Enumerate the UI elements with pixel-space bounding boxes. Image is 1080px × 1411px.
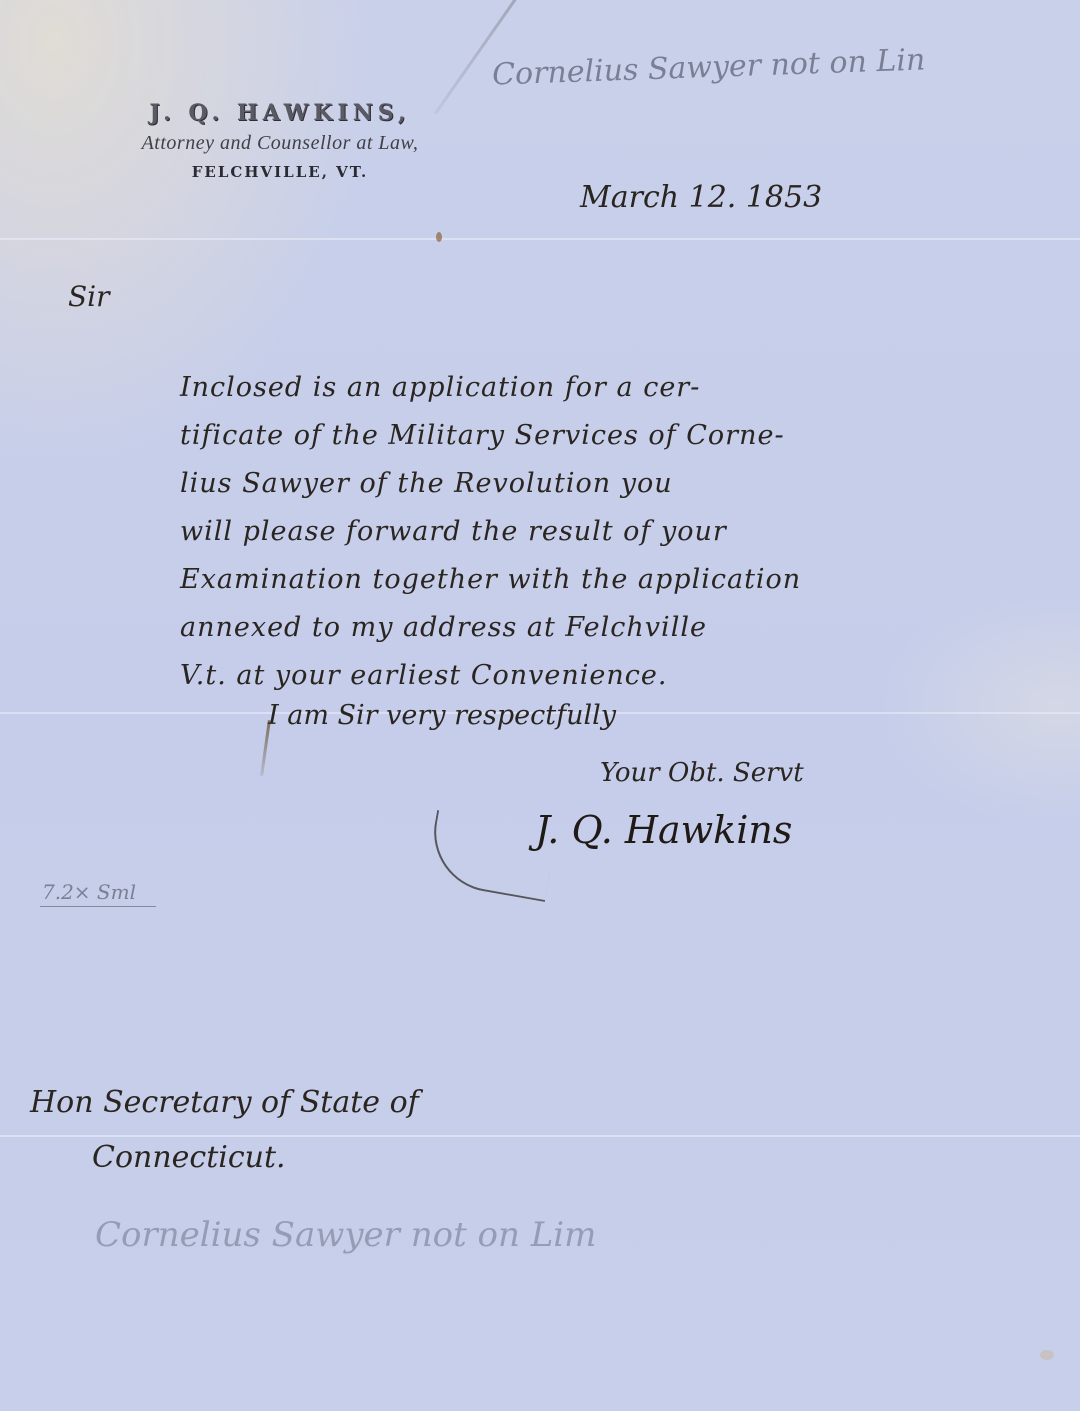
body-line: will please forward the result of your [180, 516, 727, 547]
letter-page: Cornelius Sawyer not on Lin J. Q. HAWKIN… [0, 0, 1080, 1411]
body-line: lius Sawyer of the Revolution you [180, 468, 673, 499]
body-line: tificate of the Military Services of Cor… [180, 420, 785, 451]
stain [1040, 1350, 1054, 1360]
addressee-line-2: Connecticut. [92, 1140, 286, 1175]
signature: J. Q. Hawkins [535, 808, 792, 852]
addressee-line-1: Hon Secretary of State of [30, 1085, 419, 1120]
letter-date: March 12. 1853 [580, 180, 822, 215]
salutation: Sir [68, 280, 110, 313]
body-line: annexed to my address at Felchville [180, 612, 707, 643]
body-line: Examination together with the applicatio… [180, 564, 801, 595]
body-line: V.t. at your earliest Convenience. [180, 660, 667, 691]
sign-off: Your Obt. Servt [600, 758, 804, 788]
letterhead-title: Attorney and Counsellor at Law, [105, 132, 455, 155]
body-line: Inclosed is an application for a cer- [180, 372, 700, 403]
paper-fold-line [0, 238, 1080, 240]
paper-fold-line [0, 1135, 1080, 1137]
closing: I am Sir very respectfully [268, 700, 616, 731]
letterhead-name: J. Q. HAWKINS, [105, 100, 455, 126]
letterhead-location: FELCHVILLE, VT. [105, 163, 455, 181]
letterhead: J. Q. HAWKINS, Attorney and Counsellor a… [105, 100, 455, 181]
top-pencil-note: Cornelius Sawyer not on Lin [492, 42, 926, 92]
ink-spot [436, 232, 442, 242]
bottom-pencil-note: Cornelius Sawyer not on Lim [95, 1215, 596, 1255]
pencil-reference-note: 7.2× Sml [40, 880, 156, 907]
